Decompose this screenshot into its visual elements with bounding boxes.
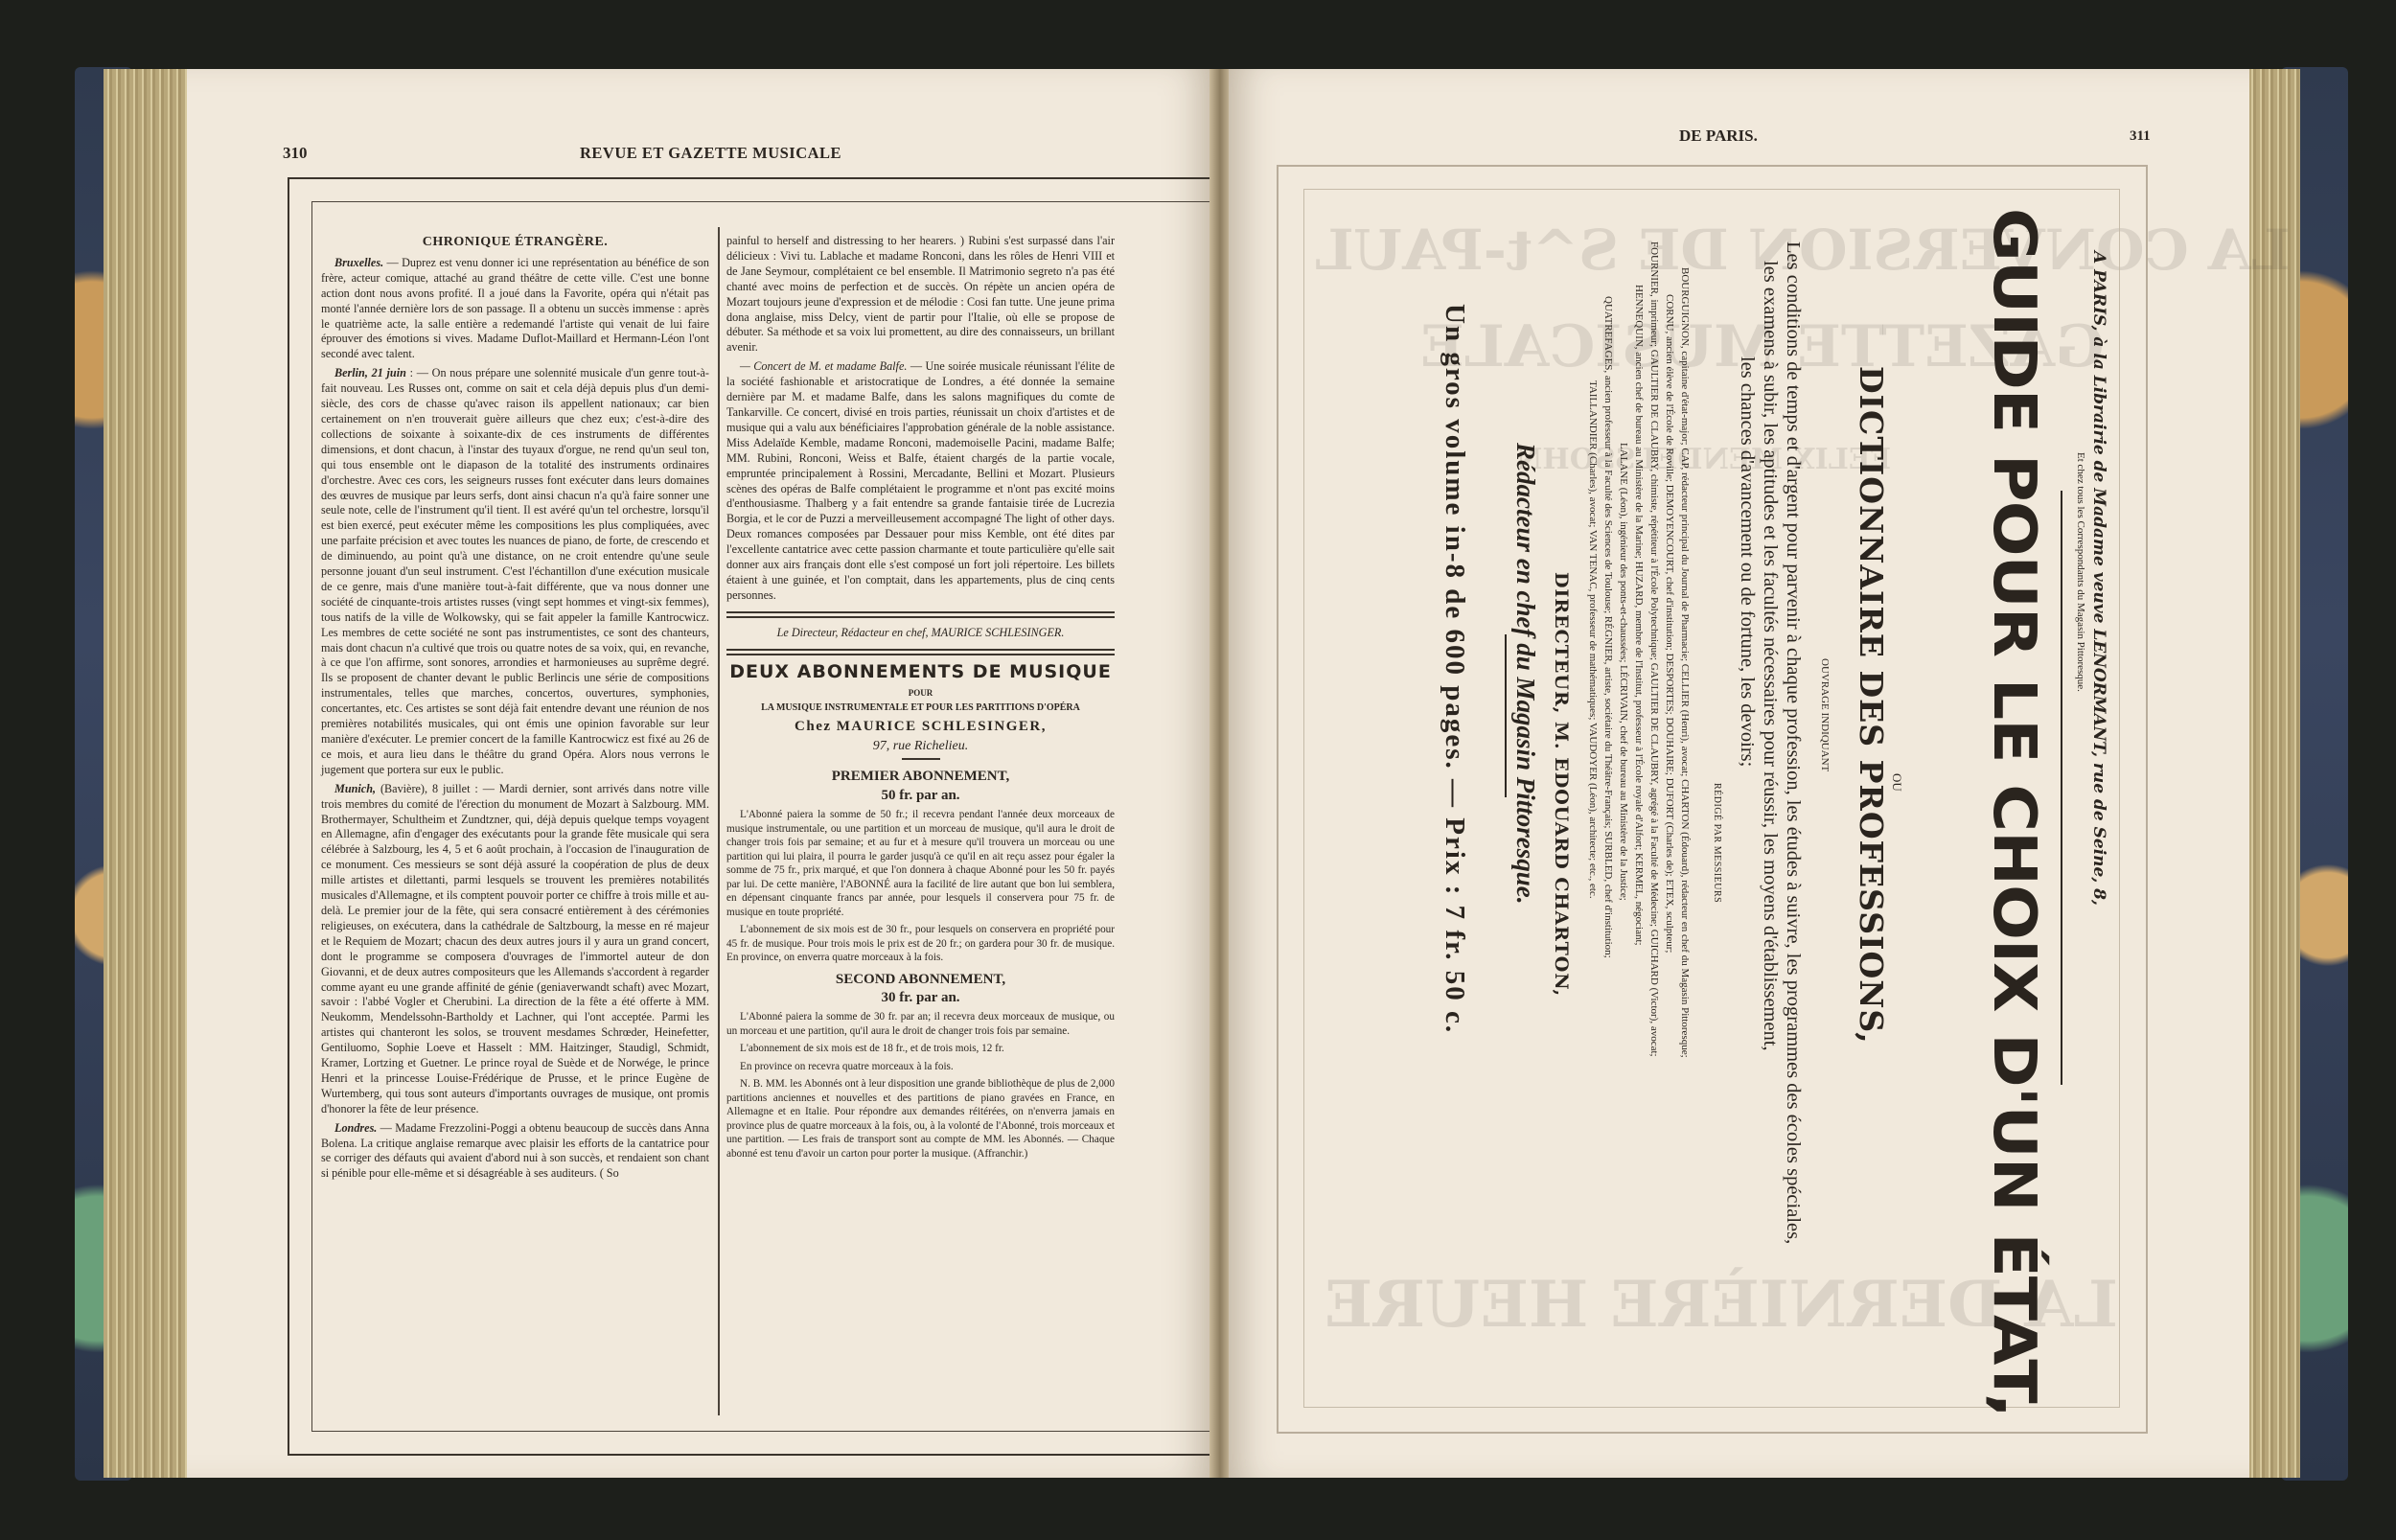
description-line-2: les examens à subir, les aptitudes et le… bbox=[1759, 261, 1781, 1051]
book-title: GUIDE POUR LE CHOIX D'UN ÉTAT, bbox=[1980, 208, 2048, 1417]
short-vertical-rule bbox=[1505, 634, 1507, 797]
redige-par: RÉDIGÉ PAR MESSIEURS bbox=[1712, 783, 1722, 903]
second-subscription-text-2: L'abonnement de six mois est de 18 fr., … bbox=[726, 1042, 1115, 1056]
director-line: DIRECTEUR, M. EDOUARD CHARTON, bbox=[1551, 572, 1572, 997]
nota-bene: N. B. MM. les Abonnés ont à leur disposi… bbox=[726, 1077, 1115, 1161]
authors-line-3: FOURNIER, imprimeur; GAULTIER DE CLAUBRY… bbox=[1648, 241, 1660, 1057]
ouvrage-indiquant: OUVRAGE INDIQUANT bbox=[1819, 658, 1831, 771]
double-rule bbox=[726, 649, 1115, 655]
first-subscription-text: L'Abonné paiera la somme de 50 fr.; il r… bbox=[726, 808, 1115, 919]
authors-line-1: BOURGUIGNON, capitaine d'état-major; CAP… bbox=[1679, 267, 1691, 1058]
publisher-subline: Et chez tous les Correspondants du Magas… bbox=[2075, 452, 2086, 692]
ad-shop: Chez MAURICE SCHLESINGER, bbox=[726, 720, 1115, 735]
signature: Le Directeur, Rédacteur en chef, MAURICE… bbox=[726, 626, 1115, 641]
second-subscription-text-3: En province on recevra quatre morceaux à… bbox=[726, 1060, 1115, 1074]
short-rule bbox=[902, 758, 940, 760]
director-subline: Rédacteur en chef du Magasin Pittoresque… bbox=[1510, 443, 1540, 905]
volume-price: Un gros volume in-8 de 600 pages. — Prix… bbox=[1439, 304, 1470, 1034]
ad-address: 97, rue Richelieu. bbox=[726, 739, 1115, 754]
book-gutter bbox=[1210, 69, 1231, 1478]
publisher-line: A PARIS, à la Librairie de Madame veuve … bbox=[2089, 251, 2108, 906]
left-page: 310 REVUE ET GAZETTE MUSICALE CHRONIQUE … bbox=[187, 69, 1212, 1478]
running-head-right: DE PARIS. bbox=[1679, 126, 1758, 146]
first-subscription-heading: PREMIER ABONNEMENT, bbox=[726, 770, 1115, 785]
book-subtitle: DICTIONNAIRE DES PROFESSIONS, bbox=[1853, 366, 1890, 1045]
second-subscription-price: 30 fr. par an. bbox=[726, 991, 1115, 1006]
page-number-right: 311 bbox=[2130, 128, 2151, 145]
ad-pour: POUR bbox=[726, 686, 1115, 701]
description-line-1: Les conditions de temps et d'argent pour… bbox=[1782, 241, 1804, 1244]
article-balfe: — Concert de M. et madame Balfe. — Une s… bbox=[726, 359, 1115, 604]
article-bruxelles: Bruxelles. — Duprez est venu donner ici … bbox=[321, 256, 709, 362]
running-head-left: REVUE ET GAZETTE MUSICALE bbox=[580, 144, 841, 163]
section-title: CHRONIQUE ÉTRANGÈRE. bbox=[321, 235, 709, 250]
authors-line-6: QUATREFAGES, ancien professeur à la Facu… bbox=[1602, 296, 1614, 958]
article-continuation: painful to herself and distressing to he… bbox=[726, 234, 1115, 356]
ad-title: DEUX ABONNEMENTS DE MUSIQUE bbox=[726, 665, 1115, 680]
description-line-3: les chances d'avancement ou de fortune, … bbox=[1736, 356, 1758, 767]
ad-subtitle: LA MUSIQUE INSTRUMENTALE ET POUR LES PAR… bbox=[726, 701, 1115, 716]
first-subscription-price: 50 fr. par an. bbox=[726, 789, 1115, 804]
page-number-left: 310 bbox=[283, 144, 308, 163]
article-londres: Londres. — Madame Frezzolini-Poggi a obt… bbox=[321, 1121, 709, 1183]
authors-line-2: CORNU, ancien élève de l'École de Rovill… bbox=[1664, 294, 1675, 953]
second-subscription-text: L'Abonné paiera la somme de 30 fr. par a… bbox=[726, 1010, 1115, 1038]
authors-line-5: LALANE (Léon), ingénieur des ponts-et-ch… bbox=[1618, 443, 1629, 901]
authors-line-7: TAILLANDIER (Charles), avocat; VAN TENAC… bbox=[1587, 380, 1599, 899]
column-2: painful to herself and distressing to he… bbox=[726, 234, 1115, 1164]
vertical-rule bbox=[2061, 491, 2062, 1085]
column-divider bbox=[718, 227, 720, 1415]
first-subscription-text-2: L'abonnement de six mois est de 30 fr., … bbox=[726, 923, 1115, 965]
right-page: LA CONVERSION DE S^t-PAUL GAZETTE MUSICA… bbox=[1229, 69, 2249, 1478]
column-1: CHRONIQUE ÉTRANGÈRE. Bruxelles. — Duprez… bbox=[321, 218, 709, 1185]
second-subscription-heading: SECOND ABONNEMENT, bbox=[726, 973, 1115, 988]
double-rule bbox=[726, 611, 1115, 618]
article-berlin: Berlin, 21 juin : — On nous prépare une … bbox=[321, 366, 709, 777]
page-edges-left bbox=[104, 69, 190, 1478]
title-ou: OU bbox=[1889, 773, 1904, 792]
authors-line-4: HENNEQUIN, ancien chef de bureau au Mini… bbox=[1633, 285, 1645, 946]
article-munich: Munich, (Bavière), 8 juillet : — Mardi d… bbox=[321, 782, 709, 1117]
